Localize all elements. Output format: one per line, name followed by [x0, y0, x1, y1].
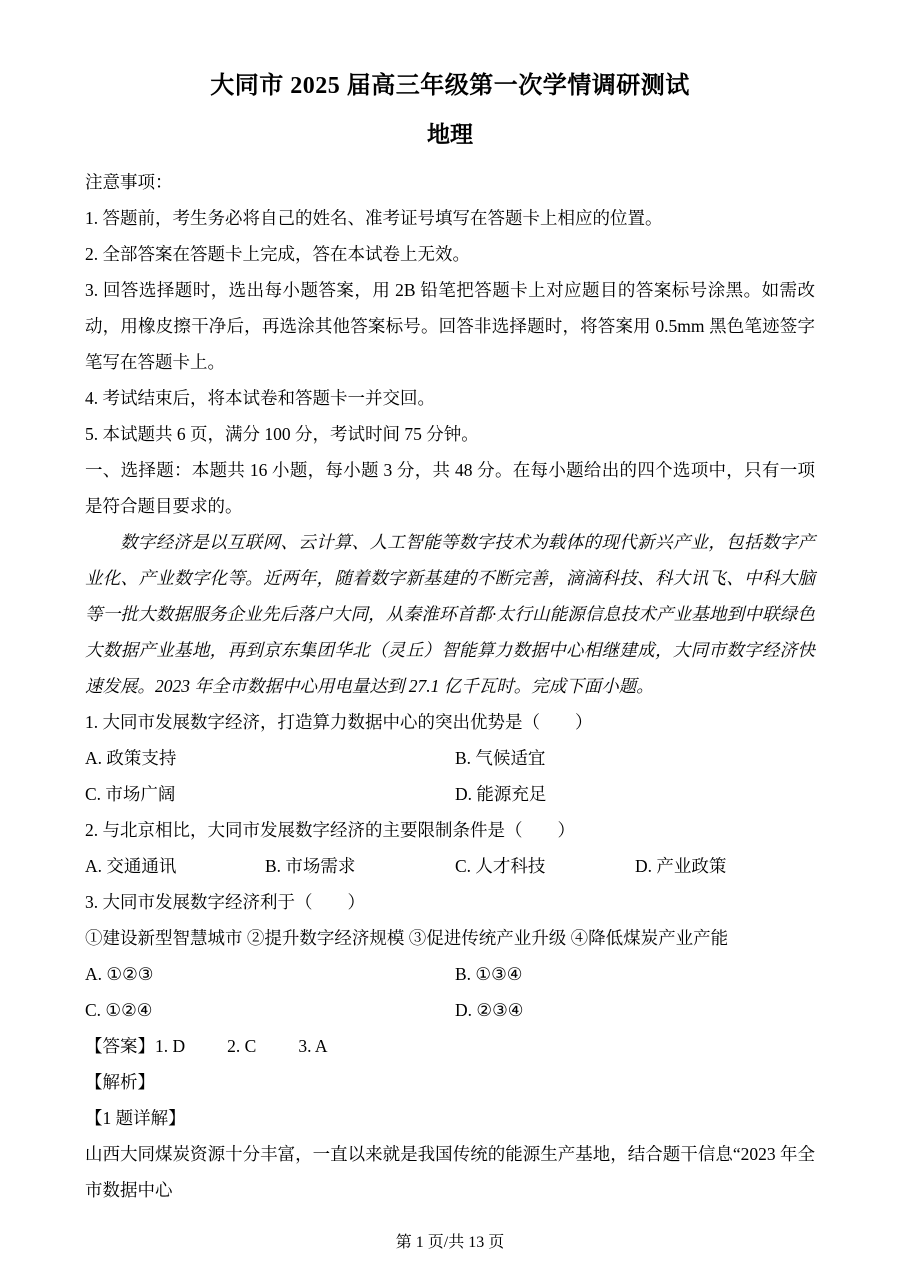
- question-1-options-row-1: A. 政策支持 B. 气候适宜: [85, 740, 815, 776]
- notice-item-5: 5. 本试题共 6 页，满分 100 分，考试时间 75 分钟。: [85, 416, 815, 452]
- question-3-option-c: C. ①②④: [85, 992, 455, 1028]
- notice-item-4: 4. 考试结束后，将本试卷和答题卡一并交回。: [85, 380, 815, 416]
- question-1-stem: 1. 大同市发展数字经济，打造算力数据中心的突出优势是（ ）: [85, 704, 815, 740]
- analysis-detail-heading: 【1 题详解】: [85, 1100, 815, 1136]
- notice-heading: 注意事项：: [85, 164, 815, 200]
- notice-item-3: 3. 回答选择题时，选出每小题答案，用 2B 铅笔把答题卡上对应题目的答案标号涂…: [85, 272, 815, 380]
- question-3-options-row-2: C. ①②④ D. ②③④: [85, 992, 815, 1028]
- answer-label: 【答案】: [85, 1036, 155, 1056]
- question-3-numbered-items: ①建设新型智慧城市 ②提升数字经济规模 ③促进传统产业升级 ④降低煤炭产业产能: [85, 920, 815, 956]
- notice-item-2: 2. 全部答案在答题卡上完成，答在本试卷上无效。: [85, 236, 815, 272]
- question-1-options-row-2: C. 市场广阔 D. 能源充足: [85, 776, 815, 812]
- question-1-option-b: B. 气候适宜: [455, 740, 815, 776]
- question-3-options-row-1: A. ①②③ B. ①③④: [85, 956, 815, 992]
- answer-q1: 1. D: [155, 1028, 185, 1064]
- question-2-option-b: B. 市场需求: [265, 848, 455, 884]
- question-3-option-b: B. ①③④: [455, 956, 815, 992]
- question-3-option-d: D. ②③④: [455, 992, 815, 1028]
- question-2-option-d: D. 产业政策: [635, 848, 815, 884]
- question-2-option-a: A. 交通通讯: [85, 848, 265, 884]
- question-2-options-row: A. 交通通讯 B. 市场需求 C. 人才科技 D. 产业政策: [85, 848, 815, 884]
- answer-line: 【答案】1. D2. C3. A: [85, 1028, 815, 1064]
- question-2-option-c: C. 人才科技: [455, 848, 635, 884]
- question-1-option-d: D. 能源充足: [455, 776, 815, 812]
- exam-subject: 地理: [85, 120, 815, 150]
- notice-item-1: 1. 答题前，考生务必将自己的姓名、准考证号填写在答题卡上相应的位置。: [85, 200, 815, 236]
- question-3-option-a: A. ①②③: [85, 956, 455, 992]
- question-1-option-c: C. 市场广阔: [85, 776, 455, 812]
- section-heading: 一、选择题：本题共 16 小题，每小题 3 分，共 48 分。在每小题给出的四个…: [85, 452, 815, 524]
- answer-q3: 3. A: [298, 1028, 327, 1064]
- answer-q2: 2. C: [227, 1028, 256, 1064]
- question-3-stem: 3. 大同市发展数字经济利于（ ）: [85, 884, 815, 920]
- page-footer: 第 1 页/共 13 页: [0, 1233, 900, 1253]
- question-1-option-a: A. 政策支持: [85, 740, 455, 776]
- question-2-stem: 2. 与北京相比，大同市发展数字经济的主要限制条件是（ ）: [85, 812, 815, 848]
- analysis-label: 【解析】: [85, 1064, 815, 1100]
- exam-title: 大同市 2025 届高三年级第一次学情调研测试: [85, 70, 815, 102]
- reading-passage: 数字经济是以互联网、云计算、人工智能等数字技术为载体的现代新兴产业，包括数字产业…: [85, 524, 815, 704]
- exam-paper-page: 大同市 2025 届高三年级第一次学情调研测试 地理 注意事项： 1. 答题前，…: [0, 0, 900, 1273]
- analysis-detail-text: 山西大同煤炭资源十分丰富，一直以来就是我国传统的能源生产基地，结合题干信息“20…: [85, 1136, 815, 1208]
